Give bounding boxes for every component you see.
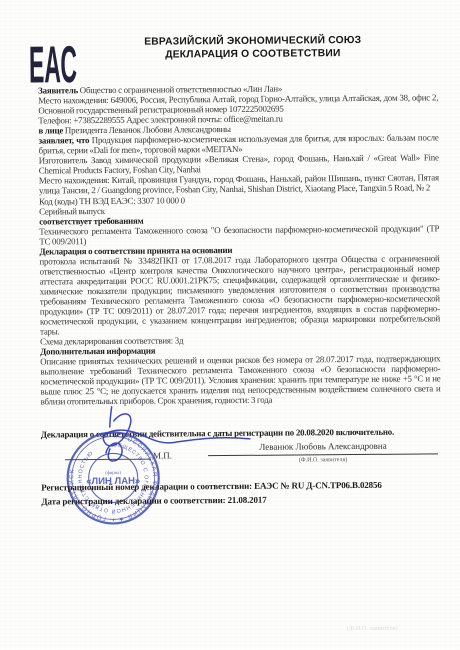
title-declaration: ДЕКЛАРАЦИЯ О СООТВЕТСТВИИ — [73, 47, 433, 62]
body-paragraph: Место нахождения: Китай, провинция Гуанд… — [39, 173, 439, 196]
body-paragraph: протокола испытаний № 33482ПКП от 17.08.… — [39, 253, 440, 337]
paragraph-lead: Заявитель — [38, 85, 78, 95]
signature-ink — [84, 404, 265, 477]
ghost-caption: (Ф.И.О. заявителя) — [302, 624, 442, 632]
body-paragraph: Описание принятых технических решений и … — [40, 354, 440, 407]
paragraph-lead: в лице — [38, 125, 63, 135]
eac-mark-letters: ЕАС — [29, 41, 77, 83]
paragraph-lead: заявляет, что — [39, 135, 90, 145]
declaration-document: ЕАС ЕВРАЗИЙСКИЙ ЭКОНОМИЧЕСКИЙ СОЮЗ ДЕКЛА… — [0, 0, 460, 650]
registration-block: Регистрационный номер декларации о соотв… — [41, 477, 441, 508]
registration-date-line: Дата регистрации декларации о соответств… — [41, 491, 441, 508]
document-body: Заявитель Общество с ограниченной ответс… — [38, 82, 441, 407]
paragraph-lead: соответствует требованиям — [39, 215, 143, 226]
eac-logo: ЕАС — [29, 41, 77, 83]
document-title: ЕВРАЗИЙСКИЙ ЭКОНОМИЧЕСКИЙ СОЮЗ ДЕКЛАРАЦИ… — [73, 34, 433, 62]
